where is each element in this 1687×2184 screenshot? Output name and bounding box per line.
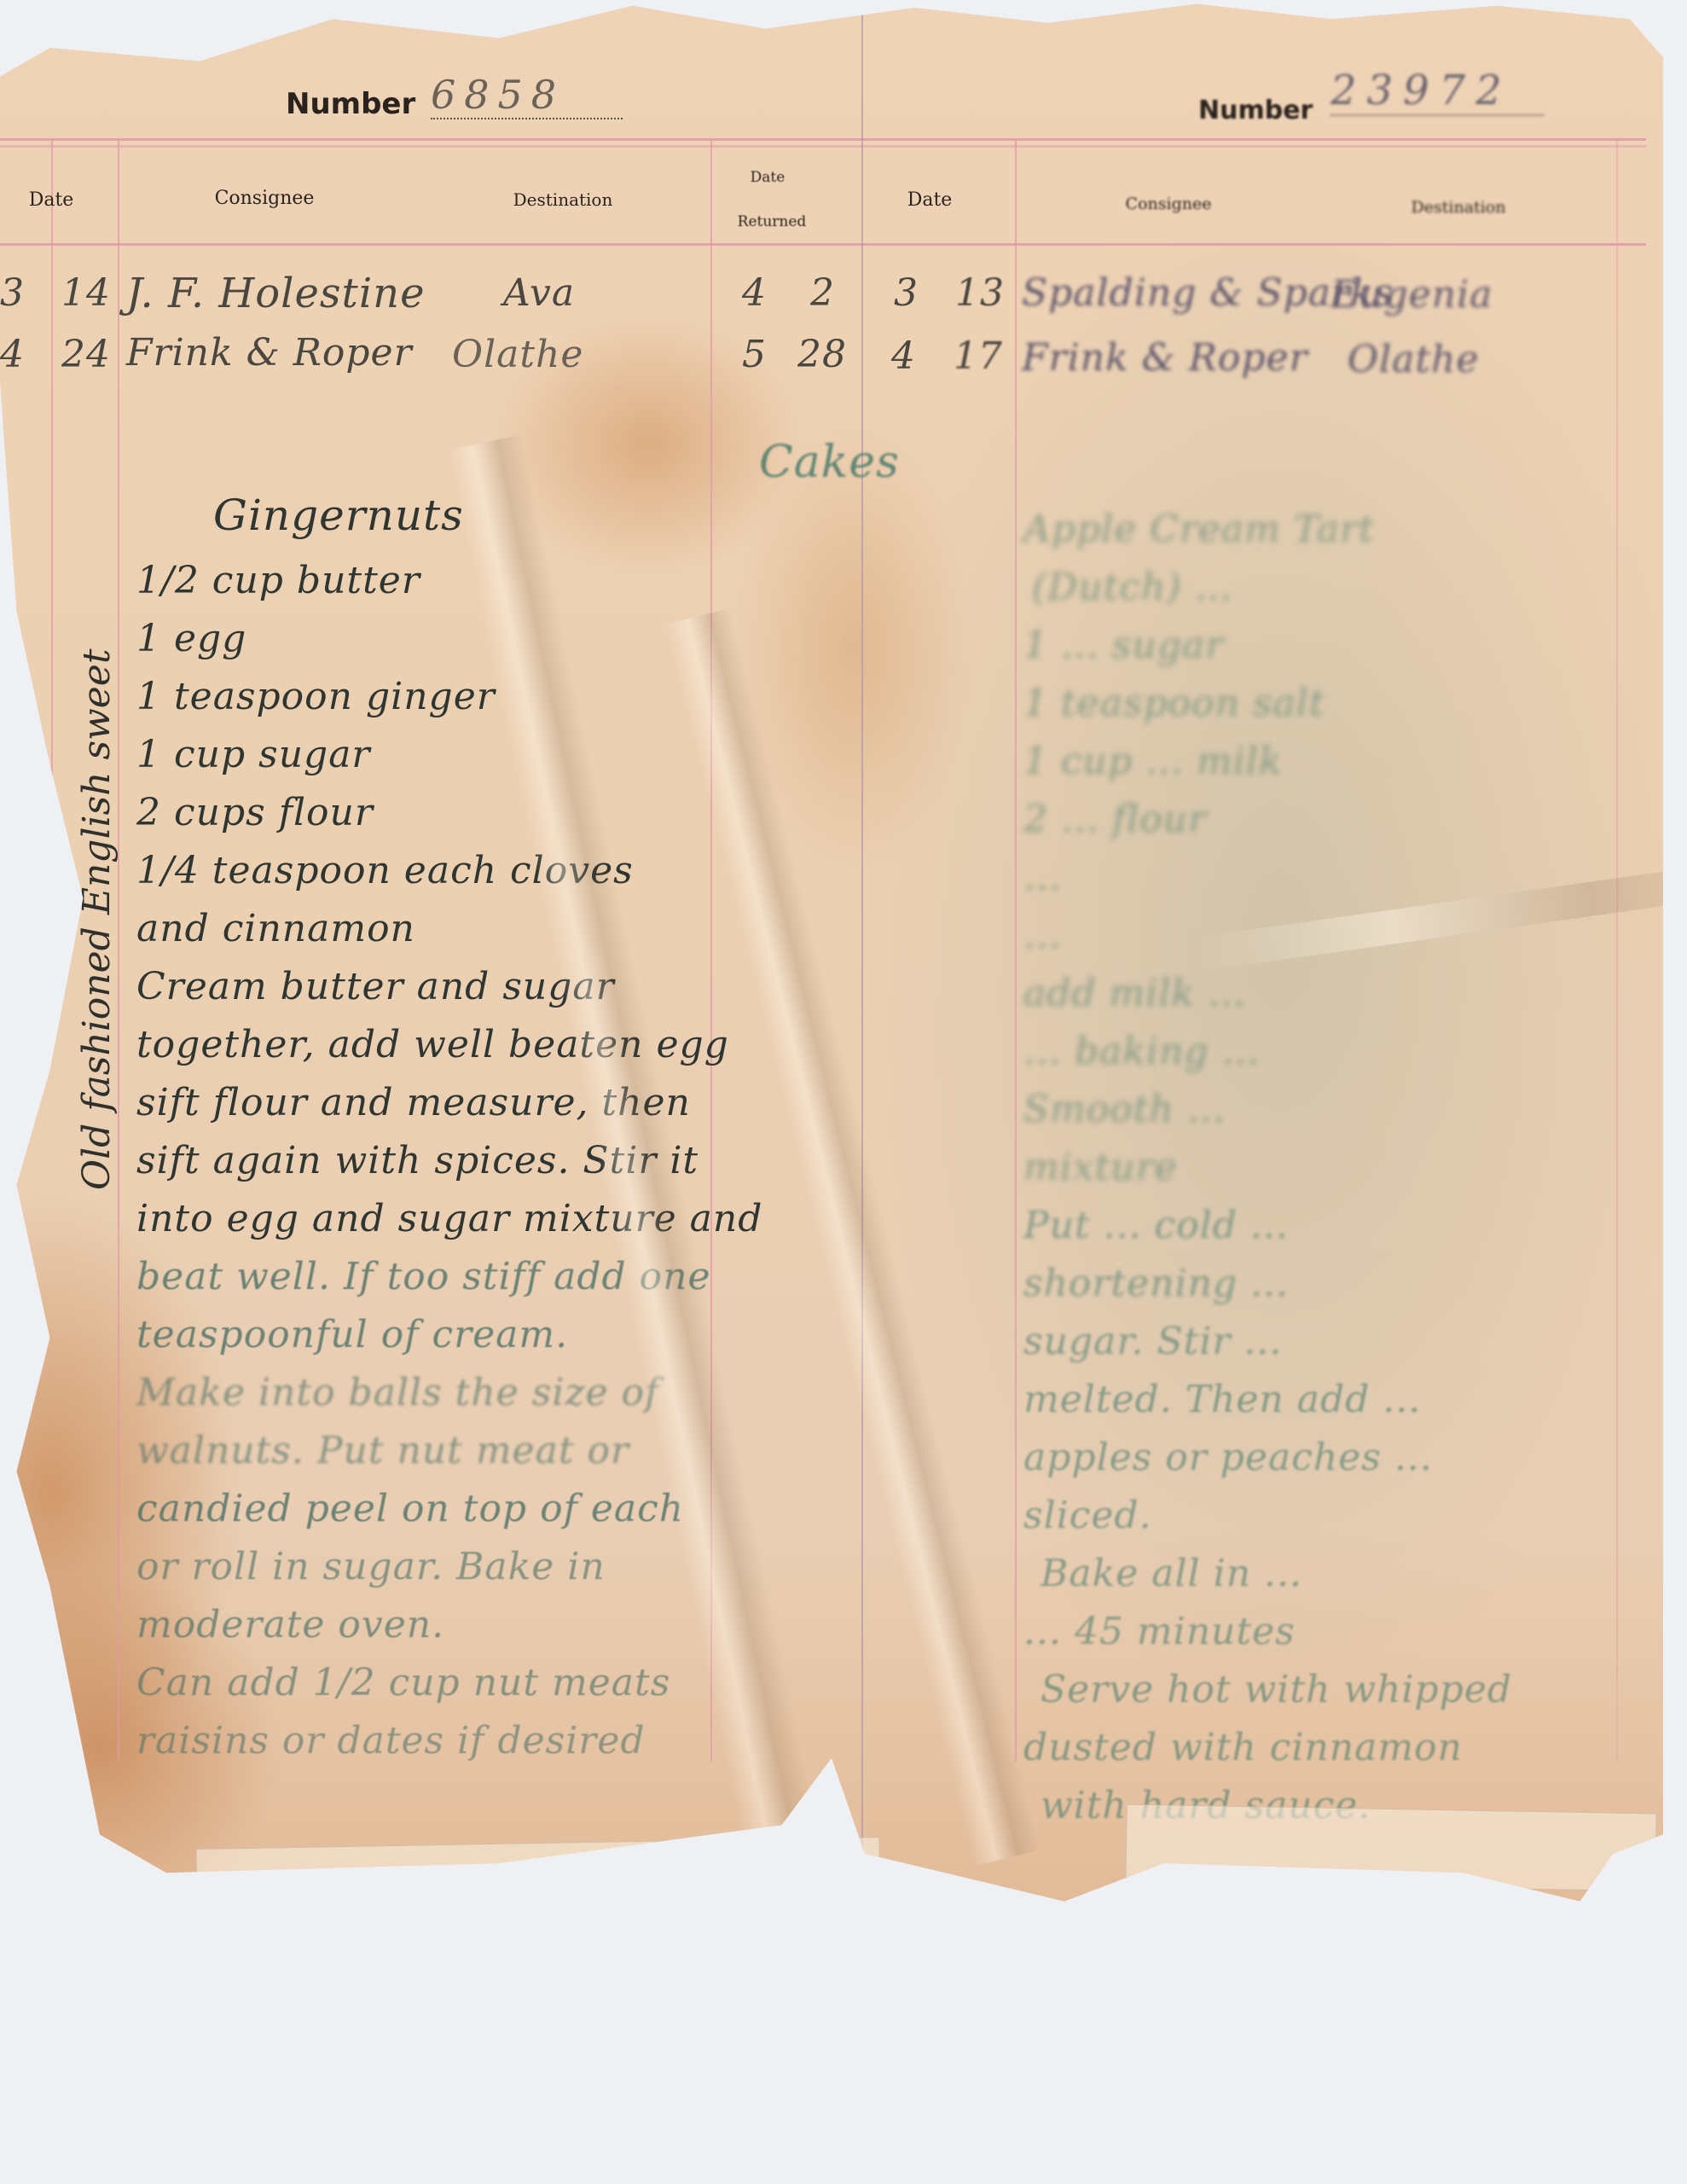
col-head-date-returned-2: Returned bbox=[716, 213, 827, 230]
header-rule-top-2 bbox=[0, 145, 1646, 148]
row1-returned-day: 2 bbox=[810, 271, 835, 315]
tape-strip-left bbox=[195, 1837, 880, 1910]
recipe-line: (Dutch) ... bbox=[1032, 566, 1233, 609]
col-rule-4 bbox=[1015, 141, 1017, 1762]
col-head-destination: Destination bbox=[478, 189, 648, 210]
recipe-line: walnuts. Put nut meat or bbox=[136, 1429, 629, 1472]
row1-consignee: J. F. Holestine bbox=[126, 270, 425, 317]
row1-returned-month: 4 bbox=[742, 271, 767, 315]
right-col-head-date: Date bbox=[896, 189, 964, 211]
header-rule-top bbox=[0, 138, 1646, 141]
recipe-line: 1/2 cup butter bbox=[136, 559, 420, 602]
col-rule-1 bbox=[51, 141, 53, 909]
recipe-line: Make into balls the size of bbox=[136, 1371, 659, 1414]
recipe-line: Put ... cold ... bbox=[1023, 1204, 1289, 1247]
crease-3 bbox=[1195, 854, 1687, 971]
row1-day: 14 bbox=[61, 271, 111, 315]
recipe-line: shortening ... bbox=[1023, 1262, 1289, 1305]
row2-returned-day: 28 bbox=[797, 333, 847, 376]
recipe-line: 1 cup ... milk bbox=[1023, 740, 1283, 783]
col-head-date: Date bbox=[17, 189, 85, 211]
recipe-line: Cream butter and sugar bbox=[136, 965, 615, 1008]
right-number-label: Number bbox=[1198, 96, 1313, 125]
right-row2-day: 17 bbox=[954, 334, 1003, 378]
right-col-head-destination: Destination bbox=[1373, 198, 1544, 217]
recipe-line: 1 ... sugar bbox=[1023, 624, 1224, 667]
recipe-line: 2 ... flour bbox=[1023, 798, 1207, 841]
col-head-date-returned-1: Date bbox=[733, 169, 802, 186]
row2-consignee: Frink & Roper bbox=[126, 331, 413, 375]
recipe-line: candied peel on top of each bbox=[136, 1487, 684, 1531]
recipe-line: dusted with cinnamon bbox=[1023, 1726, 1463, 1769]
right-row2-month: 4 bbox=[891, 334, 916, 378]
col-head-consignee: Consignee bbox=[179, 188, 350, 209]
row2-returned-month: 5 bbox=[742, 333, 767, 376]
recipe-line: 1 egg bbox=[136, 617, 246, 660]
right-col-head-consignee: Consignee bbox=[1083, 195, 1254, 213]
recipe-line: Bake all in ... bbox=[1041, 1552, 1302, 1595]
recipe-title-cakes: Cakes bbox=[759, 437, 900, 488]
recipe-line: Smooth ... bbox=[1023, 1088, 1226, 1131]
row1-destination: Ava bbox=[503, 271, 575, 315]
recipe-line: moderate oven. bbox=[136, 1603, 444, 1647]
row2-month: 4 bbox=[0, 333, 25, 376]
recipe-line: add milk ... bbox=[1023, 972, 1246, 1015]
recipe-line: Apple Cream Tart bbox=[1023, 508, 1375, 551]
recipe-line: Serve hot with whipped bbox=[1041, 1668, 1512, 1711]
recipe-line: ... 45 minutes bbox=[1023, 1610, 1296, 1653]
recipe-line: Can add 1/2 cup nut meats bbox=[136, 1661, 670, 1705]
recipe-line: 2 cups flour bbox=[136, 791, 374, 834]
row2-day: 24 bbox=[61, 333, 111, 376]
tape-strip-right bbox=[1125, 1804, 1657, 1892]
recipe-line: ... bbox=[1023, 914, 1062, 957]
row2-destination: Olathe bbox=[452, 333, 583, 376]
left-number-label: Number bbox=[286, 87, 415, 121]
recipe-title-gingernuts: Gingernuts bbox=[213, 491, 464, 540]
recipe-line: teaspoonful of cream. bbox=[136, 1313, 568, 1356]
recipe-line: or roll in sugar. Bake in bbox=[136, 1545, 606, 1589]
recipe-line: 1 cup sugar bbox=[136, 733, 370, 776]
recipe-line: sugar. Stir ... bbox=[1023, 1320, 1282, 1363]
col-rule-5 bbox=[1616, 141, 1618, 1762]
recipe-line: ... bbox=[1023, 856, 1062, 899]
right-row1-day: 13 bbox=[955, 271, 1005, 315]
recipe-line: and cinnamon bbox=[136, 907, 415, 950]
header-rule-bottom bbox=[0, 243, 1646, 246]
recipe-line: sliced. bbox=[1023, 1494, 1152, 1537]
row1-month: 3 bbox=[0, 271, 25, 315]
recipe-line: raisins or dates if desired bbox=[136, 1719, 646, 1763]
recipe-line: ... baking ... bbox=[1023, 1030, 1261, 1073]
right-number-value: 23972 bbox=[1330, 67, 1544, 116]
side-note-vertical: Old fashioned English sweet bbox=[75, 649, 119, 1191]
left-number-value: 6858 bbox=[431, 72, 623, 119]
right-row1-month: 3 bbox=[894, 271, 919, 315]
ledger-paper: Number 6858 Number 23972 Date Consignee … bbox=[0, 0, 1663, 1911]
recipe-line: mixture bbox=[1023, 1146, 1178, 1189]
right-row2-consignee: Frink & Roper bbox=[1022, 336, 1308, 380]
right-row2-destination: Olathe bbox=[1348, 338, 1479, 381]
page-divider bbox=[861, 0, 863, 1877]
recipe-line: 1 teaspoon salt bbox=[1023, 682, 1325, 725]
recipe-line: melted. Then add ... bbox=[1023, 1378, 1421, 1421]
right-row1-destination: Eugenia bbox=[1330, 273, 1493, 317]
recipe-line: 1 teaspoon ginger bbox=[136, 675, 496, 718]
recipe-line: apples or peaches ... bbox=[1023, 1436, 1433, 1479]
